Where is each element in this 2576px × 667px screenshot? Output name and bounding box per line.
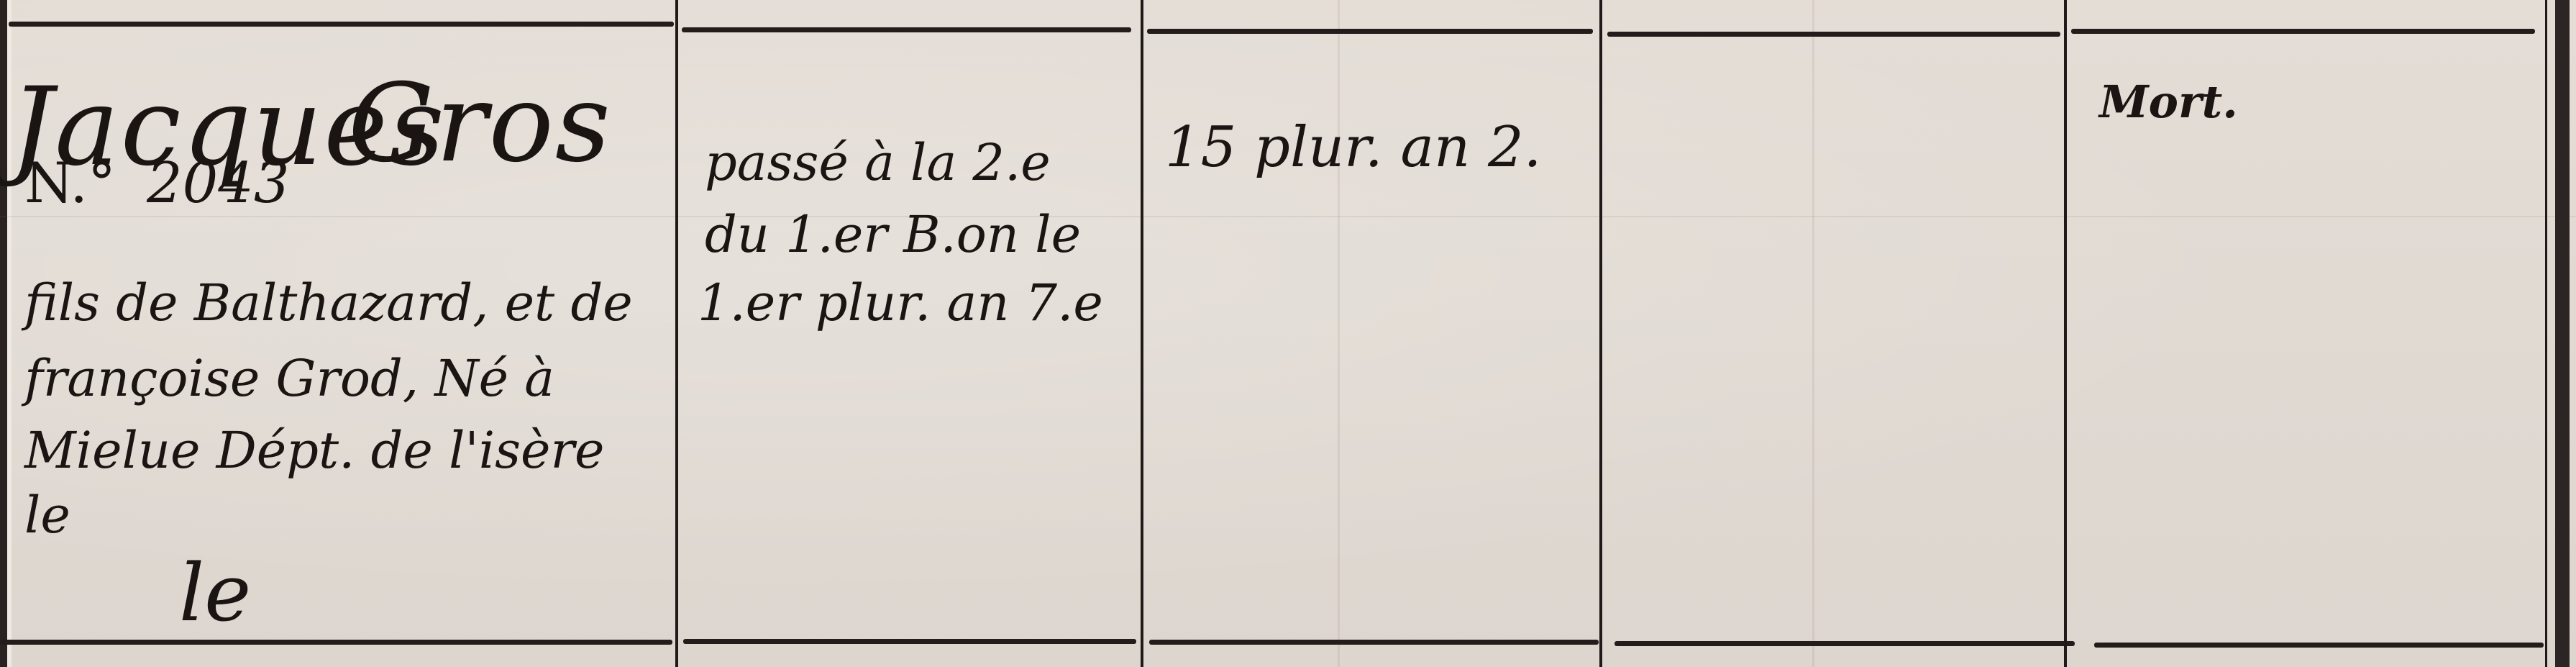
number-label: N.° xyxy=(24,151,116,216)
bottom-rule xyxy=(683,639,1136,644)
page-border xyxy=(2555,0,2570,667)
flourish-mark: le xyxy=(179,547,251,639)
status-text: Mort. xyxy=(2099,76,2238,128)
empty-cell xyxy=(1602,32,2063,639)
transfer-cell: passé à la 2.e du 1.er B.on le 1.er plur… xyxy=(680,32,1140,639)
bottom-rule xyxy=(0,640,672,645)
bottom-rule xyxy=(2094,643,2544,648)
transfer-line-1: passé à la 2.e xyxy=(705,133,1051,192)
column-divider xyxy=(675,0,678,667)
top-rule xyxy=(682,27,1131,32)
date-text: 15 plur. an 2. xyxy=(1165,115,1541,180)
register-page: Jacques Gros N.° 2043 fils de Balthazard… xyxy=(0,0,2576,667)
bottom-rule xyxy=(1614,641,2075,646)
birthdate-label: le xyxy=(24,486,70,545)
parentage-line-2: françoise Grod, Né à xyxy=(24,349,554,408)
date-cell: 15 plur. an 2. xyxy=(1143,32,1598,639)
page-binding-edge xyxy=(0,0,7,667)
identity-cell: Jacques Gros N.° 2043 fils de Balthazard… xyxy=(10,32,675,639)
top-rule xyxy=(9,22,674,27)
column-divider xyxy=(2545,0,2547,667)
bottom-rule xyxy=(1149,640,1599,645)
transfer-line-3: 1.er plur. an 7.e xyxy=(698,273,1103,332)
birthplace-line: Mielue Dépt. de l'isère xyxy=(24,421,604,480)
status-cell: Mort. xyxy=(2067,32,2543,639)
parentage-line-1: fils de Balthazard, et de xyxy=(24,273,633,332)
transfer-line-2: du 1.er B.on le xyxy=(705,205,1081,264)
register-number: 2043 xyxy=(147,151,290,216)
surname: Gros xyxy=(348,61,612,186)
